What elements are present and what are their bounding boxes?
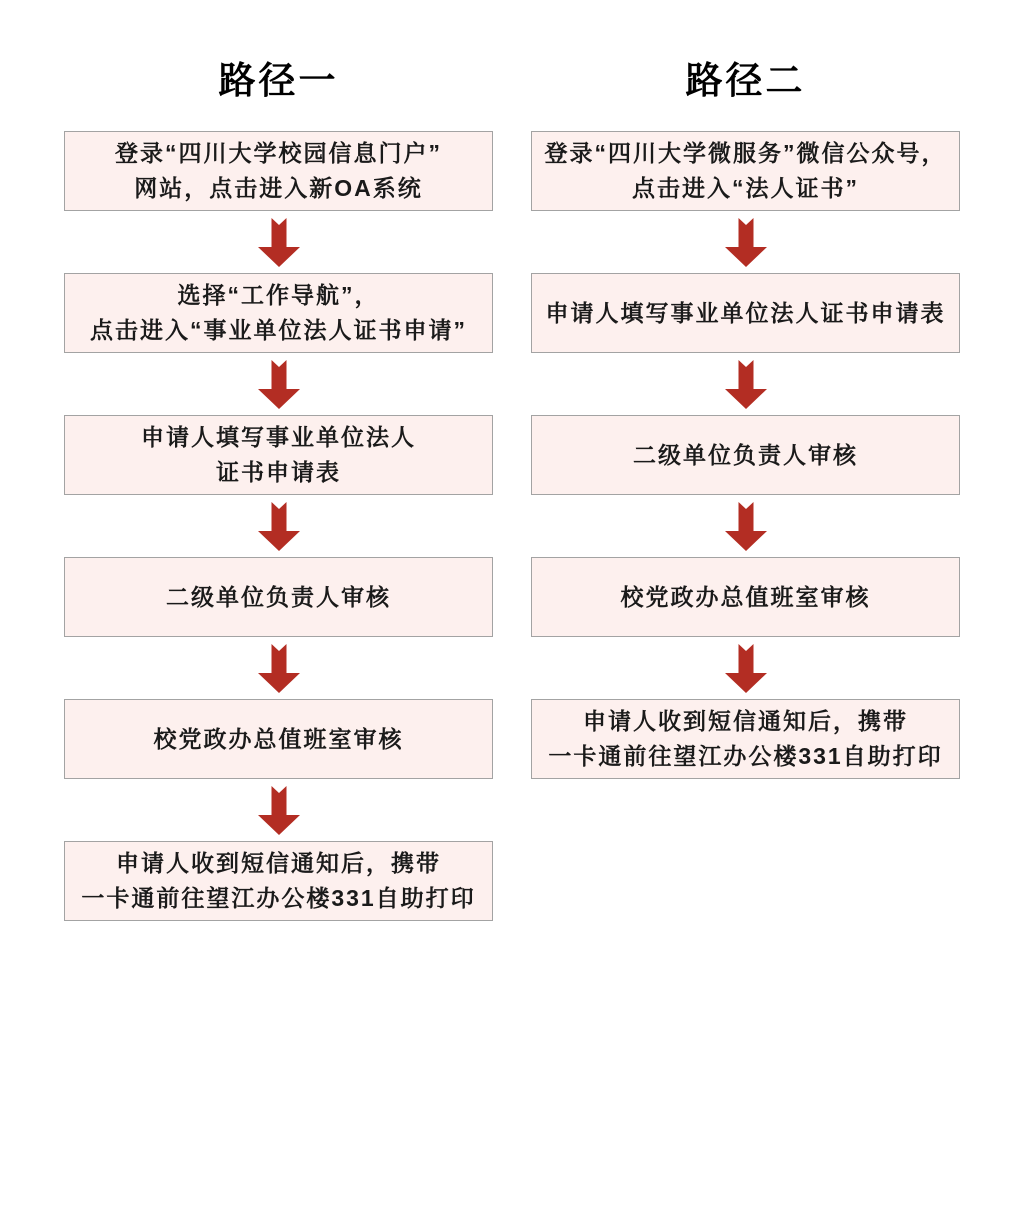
- down-arrow-icon: [258, 644, 300, 693]
- arrow-gap: [64, 637, 493, 699]
- step-text-line: 选择“工作导航”，: [178, 278, 380, 313]
- step-text-line: 一卡通前往望江办公楼331自助打印: [548, 739, 942, 774]
- step-text-line: 二级单位负责人审核: [166, 580, 391, 615]
- column-title: 路径二: [531, 57, 960, 104]
- step-text-line: 登录“四川大学微服务”微信公众号，: [545, 136, 947, 171]
- down-arrow-icon: [725, 360, 767, 409]
- step-text-line: 网站，点击进入新OA系统: [134, 171, 423, 206]
- flow-step-box: 二级单位负责人审核: [531, 415, 960, 495]
- down-arrow-icon: [725, 502, 767, 551]
- flow-step-box: 校党政办总值班室审核: [64, 699, 493, 779]
- flow-step-box: 校党政办总值班室审核: [531, 557, 960, 637]
- arrow-gap: [531, 637, 960, 699]
- flow-step-box: 二级单位负责人审核: [64, 557, 493, 637]
- step-text-line: 登录“四川大学校园信息门户”: [115, 136, 442, 171]
- column-title: 路径一: [64, 57, 493, 104]
- arrow-gap: [64, 353, 493, 415]
- flow-step-box: 申请人收到短信通知后，携带一卡通前往望江办公楼331自助打印: [64, 841, 493, 921]
- arrow-gap: [64, 495, 493, 557]
- arrow-gap: [531, 495, 960, 557]
- arrow-gap: [64, 211, 493, 273]
- step-text-line: 点击进入“法人证书”: [632, 171, 859, 206]
- arrow-gap: [64, 779, 493, 841]
- flow-step-box: 登录“四川大学微服务”微信公众号，点击进入“法人证书”: [531, 131, 960, 211]
- step-text-line: 申请人填写事业单位法人证书申请表: [546, 296, 946, 331]
- arrow-gap: [531, 353, 960, 415]
- down-arrow-icon: [258, 502, 300, 551]
- steps: 登录“四川大学校园信息门户”网站，点击进入新OA系统 选择“工作导航”，点击进入…: [64, 131, 493, 921]
- flow-step-box: 申请人填写事业单位法人证书申请表: [531, 273, 960, 353]
- steps: 登录“四川大学微服务”微信公众号，点击进入“法人证书” 申请人填写事业单位法人证…: [531, 131, 960, 779]
- arrow-gap: [531, 211, 960, 273]
- down-arrow-icon: [725, 218, 767, 267]
- flow-step-box: 申请人填写事业单位法人证书申请表: [64, 415, 493, 495]
- flow-step-box: 登录“四川大学校园信息门户”网站，点击进入新OA系统: [64, 131, 493, 211]
- step-text-line: 申请人收到短信通知后，携带: [116, 846, 441, 881]
- step-text-line: 证书申请表: [216, 455, 341, 490]
- step-text-line: 申请人填写事业单位法人: [141, 420, 416, 455]
- down-arrow-icon: [258, 360, 300, 409]
- step-text-line: 校党政办总值班室审核: [621, 580, 871, 615]
- flowchart-canvas: 路径一 登录“四川大学校园信息门户”网站，点击进入新OA系统 选择“工作导航”，…: [0, 0, 1024, 1225]
- step-text-line: 校党政办总值班室审核: [154, 722, 404, 757]
- down-arrow-icon: [725, 644, 767, 693]
- flow-step-box: 申请人收到短信通知后，携带一卡通前往望江办公楼331自助打印: [531, 699, 960, 779]
- step-text-line: 二级单位负责人审核: [633, 438, 858, 473]
- down-arrow-icon: [258, 218, 300, 267]
- flowchart-column-path-1: 路径一 登录“四川大学校园信息门户”网站，点击进入新OA系统 选择“工作导航”，…: [64, 0, 493, 921]
- step-text-line: 一卡通前往望江办公楼331自助打印: [81, 881, 475, 916]
- step-text-line: 点击进入“事业单位法人证书申请”: [90, 313, 467, 348]
- flow-step-box: 选择“工作导航”，点击进入“事业单位法人证书申请”: [64, 273, 493, 353]
- down-arrow-icon: [258, 786, 300, 835]
- step-text-line: 申请人收到短信通知后，携带: [583, 704, 908, 739]
- flowchart-column-path-2: 路径二 登录“四川大学微服务”微信公众号，点击进入“法人证书” 申请人填写事业单…: [531, 0, 960, 779]
